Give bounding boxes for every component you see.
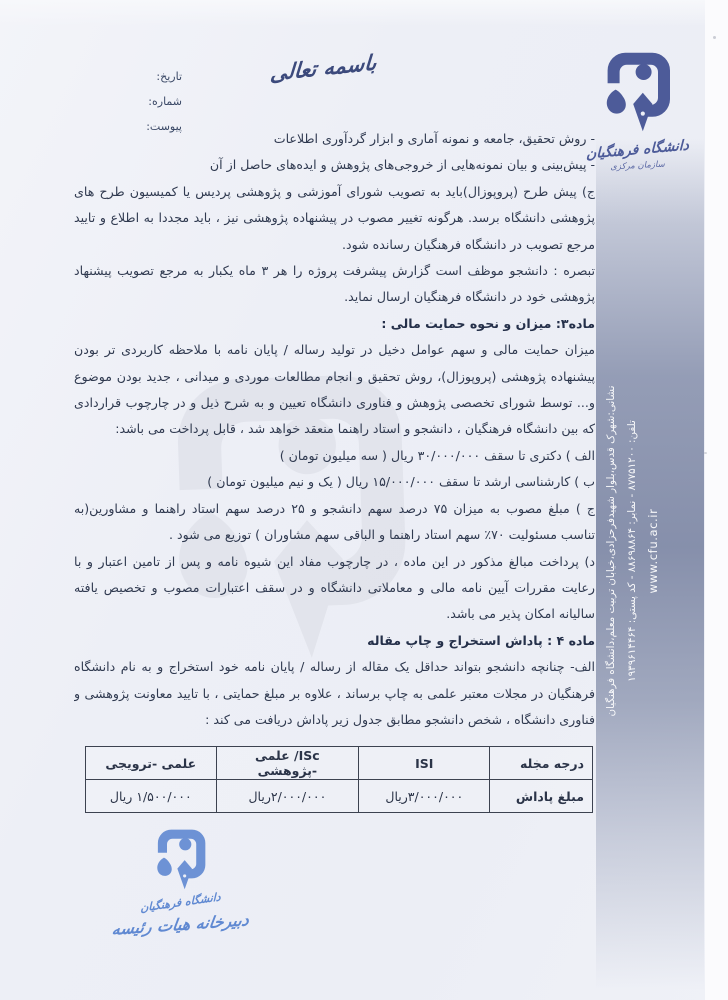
address-line: نشانی:شهرک قدس،بلوار شهیدفرحزادی،خیابان … (601, 280, 622, 822)
besmele-calligraphy: باسمه تعالی (269, 50, 377, 85)
table-header-row: درجه مجله ISI ISc/ علمی -پژوهشی علمی -تر… (86, 747, 593, 780)
scan-speck (536, 760, 538, 762)
col-journal-grade: درجه مجله (490, 747, 593, 780)
phone-fax-postal-line: تلفن: ۸۷۷۵۱۲۰۰ - نمابر: ۸۸۶۹۸۸۶۴ - کد پس… (622, 280, 643, 822)
scan-speck (704, 452, 707, 454)
table-row: مبلغ پاداش ۳/۰۰۰/۰۰۰ریال ۲/۰۰۰/۰۰۰ریال ۱… (86, 780, 593, 813)
reward-isc: ۲/۰۰۰/۰۰۰ریال (216, 780, 359, 813)
reward-isi: ۳/۰۰۰/۰۰۰ریال (359, 780, 490, 813)
website-line: www.cfu.ac.ir (643, 280, 664, 822)
body-paragraph-note: تبصره : دانشجو موظف است گزارش پیشرفت پرو… (74, 258, 595, 311)
stamp-logo-icon (88, 826, 273, 896)
scan-edge-top (0, 0, 728, 26)
letter-body: - روش تحقیق، جامعه و نمونه آماری و ابزار… (74, 126, 595, 738)
clause-d: د) پرداخت مبالغ مذکور در این ماده ، در چ… (74, 549, 595, 628)
scanned-document-page: نشانی:شهرک قدس،بلوار شهیدفرحزادی،خیابان … (0, 0, 728, 1000)
reward-amount-label: مبلغ پاداش (490, 780, 593, 813)
date-label: تاریخ: (108, 64, 182, 89)
col-scientific-promotional: علمی -ترویجی (86, 747, 217, 780)
body-paragraph: ج) پیش طرح (پروپوزال)باید به تصویب شورای… (74, 179, 595, 258)
reward-table: درجه مجله ISI ISc/ علمی -پژوهشی علمی -تر… (85, 746, 593, 813)
body-paragraph: الف- چنانچه دانشجو بتواند حداقل یک مقاله… (74, 654, 595, 733)
col-isi: ISI (359, 747, 490, 780)
contact-sidebar: نشانی:شهرک قدس،بلوار شهیدفرحزادی،خیابان … (601, 280, 664, 822)
secretariat-stamp: دانشگاه فرهنگیان دبیرخانه هیات رئیسه (88, 826, 273, 934)
article-3-heading: ماده۳: میزان و نحوه حمایت مالی : (74, 311, 595, 337)
body-paragraph: - روش تحقیق، جامعه و نمونه آماری و ابزار… (74, 126, 595, 152)
reward-promotional: ۱/۵۰۰/۰۰۰ ریال (86, 780, 217, 813)
body-paragraph: میزان حمایت مالی و سهم عوامل دخیل در تول… (74, 337, 595, 443)
number-label: شماره: (108, 89, 182, 114)
clause-b: ب ) کارشناسی ارشد تا سقف ۱۵/۰۰۰/۰۰۰ ریال… (74, 469, 595, 495)
scan-speck (713, 36, 716, 39)
clause-a: الف ) دکتری تا سقف ۳۰/۰۰۰/۰۰۰ ریال ( سه … (74, 443, 595, 469)
article-4-heading: ماده ۴ : پاداش استخراج و چاپ مقاله (74, 628, 595, 654)
scan-edge-right (705, 0, 728, 1000)
body-paragraph: - پیش‌بینی و بیان نمونه‌هایی از خروجی‌ها… (74, 152, 595, 178)
clause-c: ج ) مبلغ مصوب به میزان ۷۵ درصد سهم دانشج… (74, 496, 595, 549)
col-isc-scientific-research: ISc/ علمی -پژوهشی (216, 747, 359, 780)
